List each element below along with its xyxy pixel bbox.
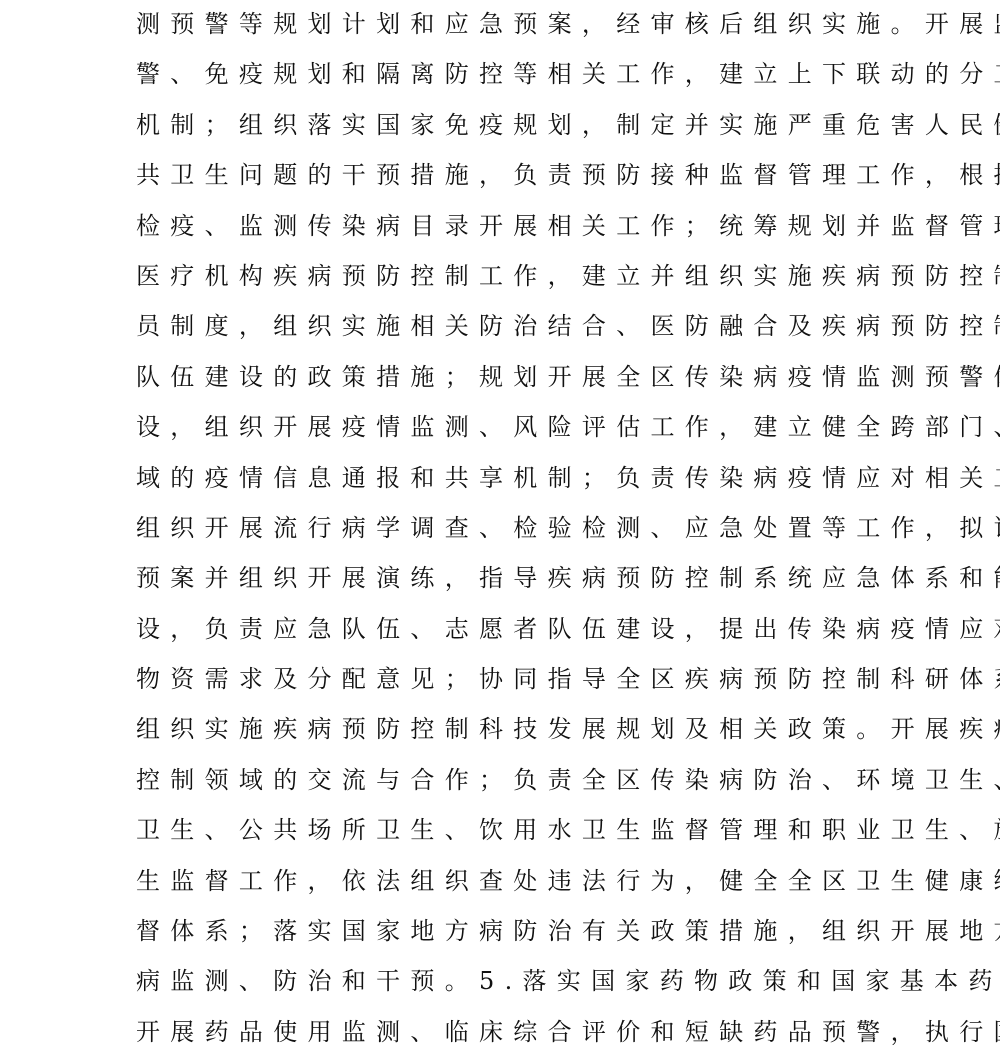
text-line: 病监测、防治和干预。5.落实国家药物政策和国家基本药物制度， [136,956,916,1006]
text-line: 物资需求及分配意见；协同指导全区疾病预防控制科研体系建设， [136,654,916,704]
text-line: 组织开展流行病学调查、检验检测、应急处置等工作，拟订应急 [136,503,916,553]
text-line: 检疫、监测传染病目录开展相关工作；统筹规划并监督管理全区 [136,201,916,251]
text-line: 员制度，组织实施相关防治结合、医防融合及疾病预防控制系统 [136,301,916,351]
text-line: 队伍建设的政策措施；规划开展全区传染病疫情监测预警体系建 [136,352,916,402]
text-line: 组织实施疾病预防控制科技发展规划及相关政策。开展疾病预防 [136,704,916,754]
text-line: 测预警等规划计划和应急预案，经审核后组织实施。开展监测预 [136,0,916,49]
text-line: 机制；组织落实国家免疫规划，制定并实施严重危害人民健康公 [136,100,916,150]
text-line: 生监督工作，依法组织查处违法行为，健全全区卫生健康综合监 [136,856,916,906]
text-line: 设，负责应急队伍、志愿者队伍建设，提出传染病疫情应对应急 [136,604,916,654]
text-line: 督体系；落实国家地方病防治有关政策措施，组织开展地方性疾 [136,906,916,956]
text-line: 共卫生问题的干预措施，负责预防接种监督管理工作，根据国家 [136,150,916,200]
text-line: 域的疫情信息通报和共享机制；负责传染病疫情应对相关工作， [136,453,916,503]
text-line: 设，组织开展疫情监测、风险评估工作，建立健全跨部门、跨区 [136,402,916,452]
text-line: 卫生、公共场所卫生、饮用水卫生监督管理和职业卫生、放射卫 [136,805,916,855]
text-line: 控制领域的交流与合作；负责全区传染病防治、环境卫生、学校 [136,755,916,805]
document-body: 测预警等规划计划和应急预案，经审核后组织实施。开展监测预 警、免疫规划和隔离防控… [136,0,916,1058]
text-line: 医疗机构疾病预防控制工作，建立并组织实施疾病预防控制监督 [136,251,916,301]
text-line: 警、免疫规划和隔离防控等相关工作，建立上下联动的分工协作 [136,49,916,99]
text-line: 开展药品使用监测、临床综合评价和短缺药品预警，执行国家、 [136,1007,916,1057]
text-line: 预案并组织开展演练，指导疾病预防控制系统应急体系和能力建 [136,553,916,603]
